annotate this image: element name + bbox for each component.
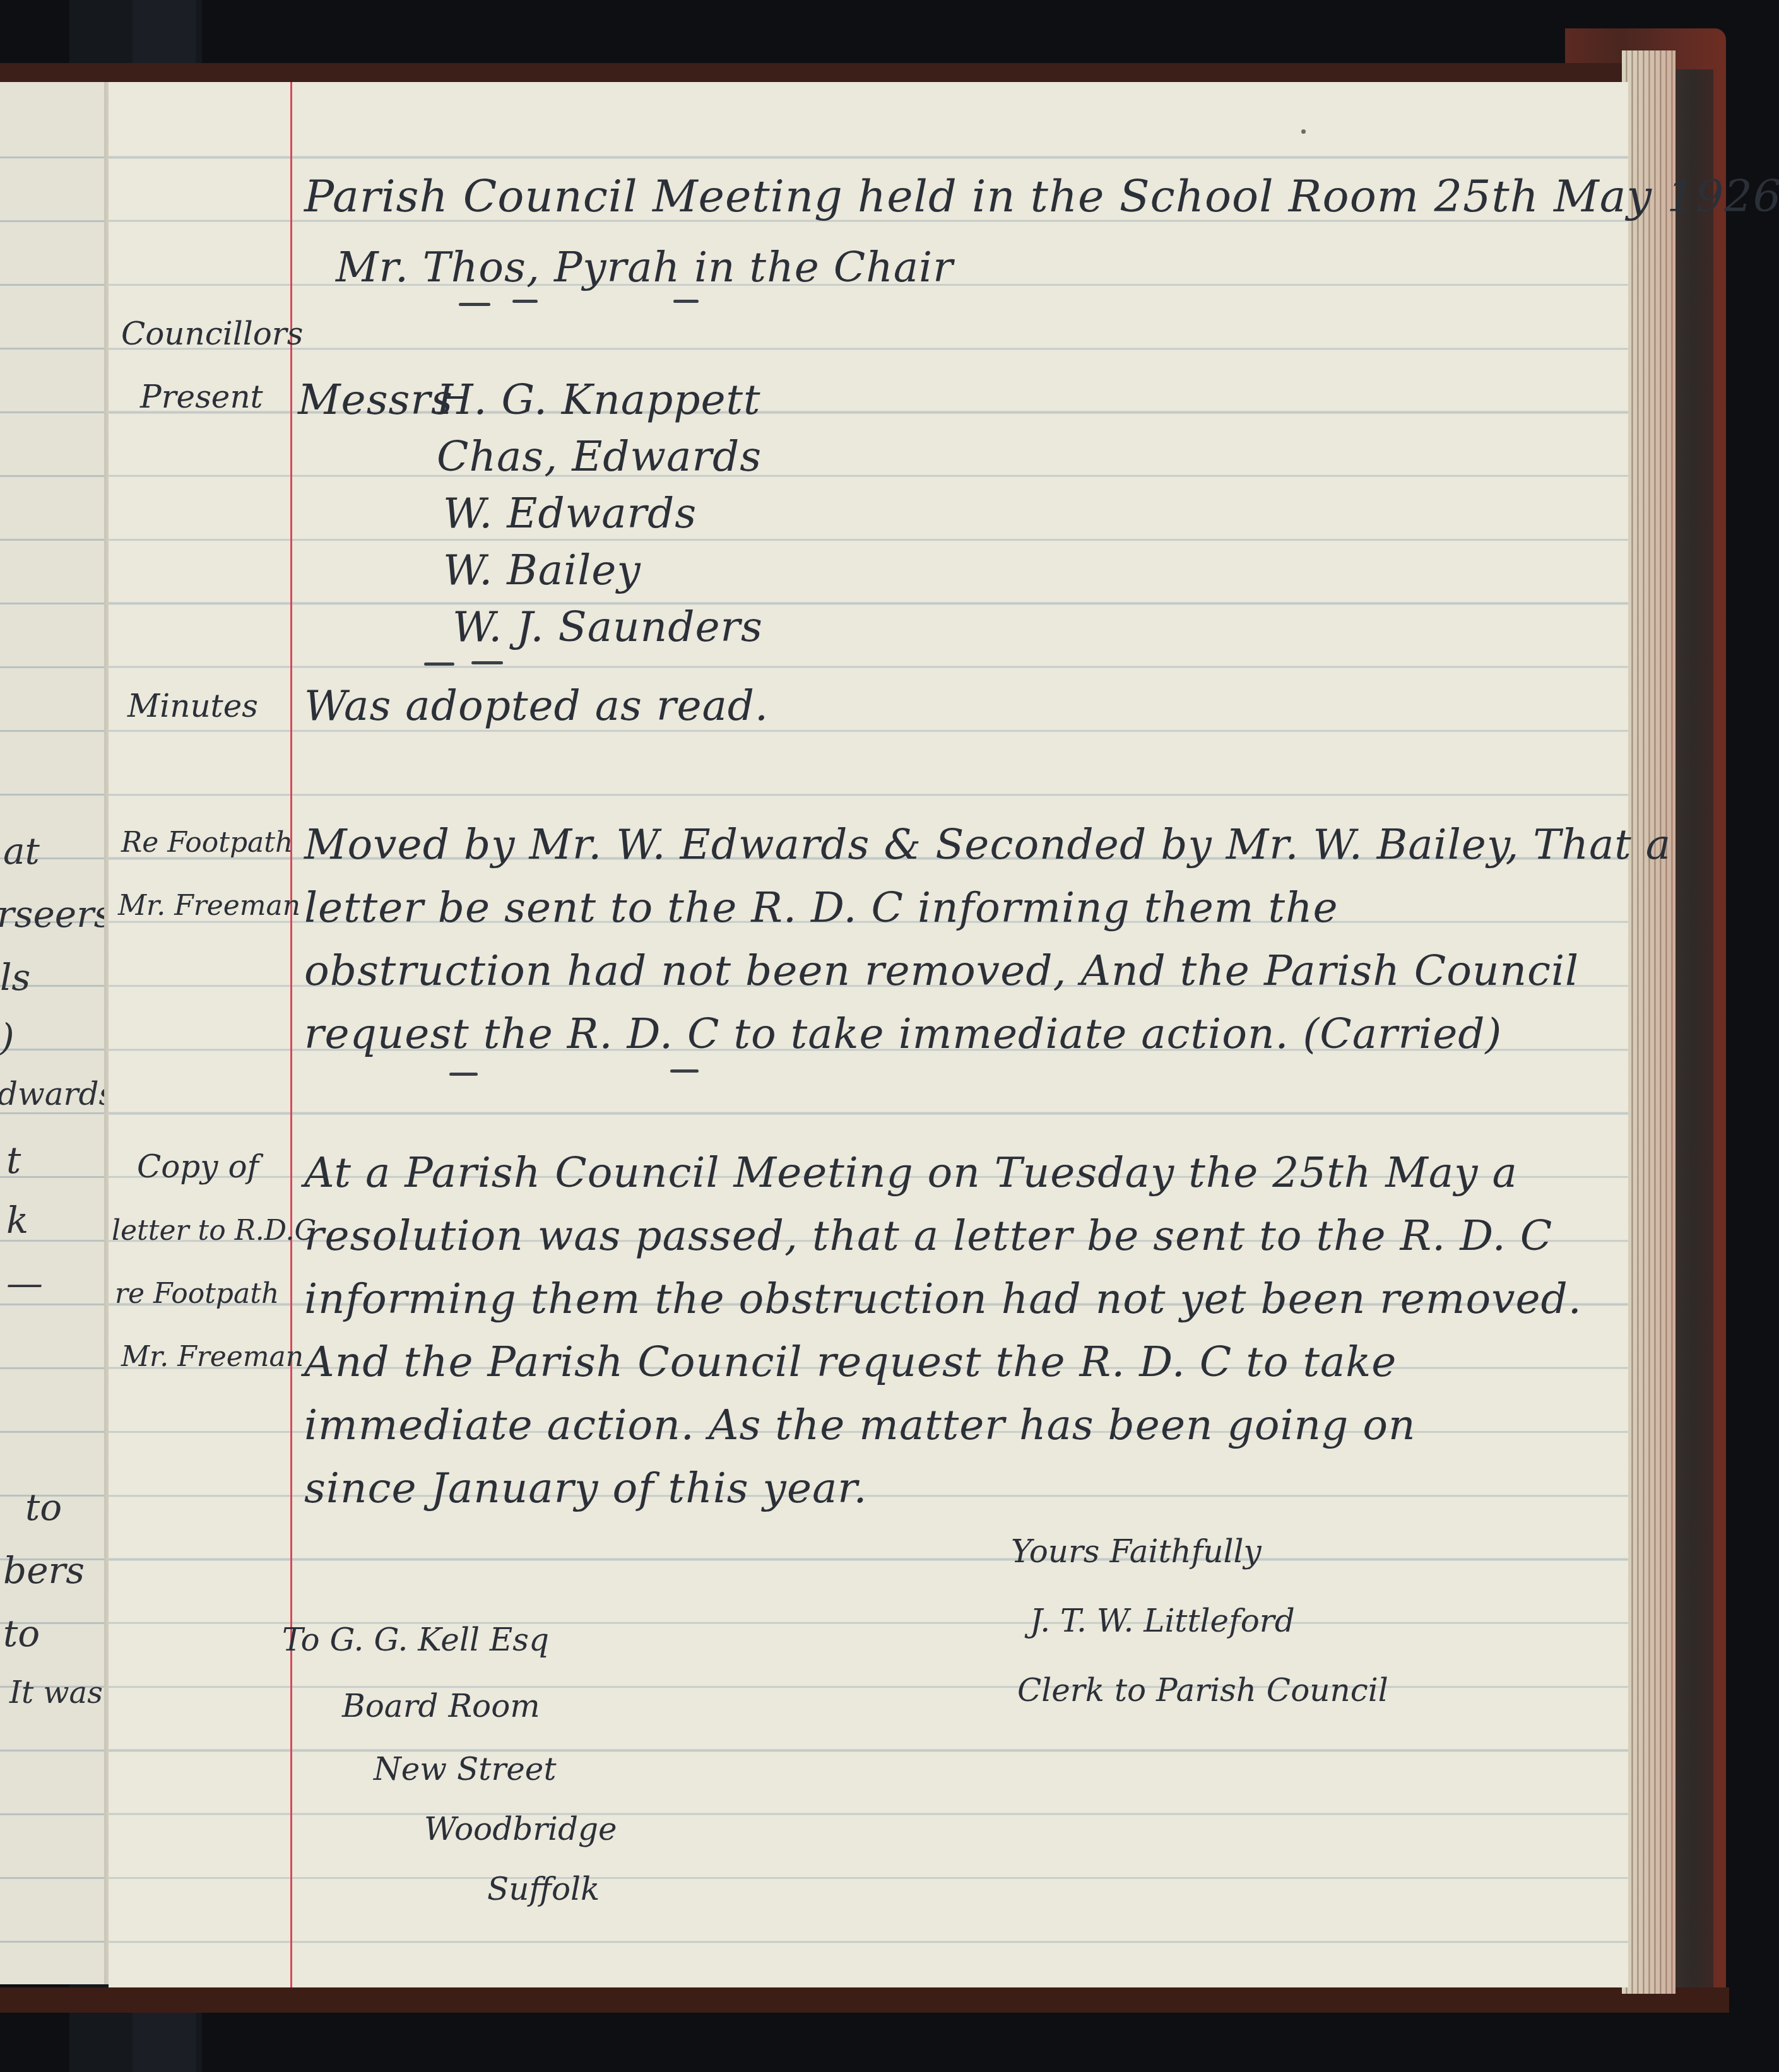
margin-label-re-footpath: Re Footpath [121,827,293,859]
margin-label-re-footpath: re Footpath [115,1278,279,1310]
left-fragment: rseers [0,893,113,936]
letter-line: immediate action. As the matter has been… [304,1401,1416,1449]
resolution-line: obstruction had not been removed, And th… [304,946,1579,995]
letter-line: At a Parish Council Meeting on Tuesday t… [304,1148,1518,1197]
left-fragment: at [3,830,40,873]
member-name: W. J. Saunders [452,603,763,651]
member-name: H. G. Knappett [437,375,761,424]
cover-bottom-edge [0,1987,1729,2013]
left-fragment: ls [0,956,30,999]
underline-mark [670,1069,699,1073]
margin-label-councillors: Councillors [121,315,303,352]
letter-line: And the Parish Council request the R. D.… [304,1338,1397,1386]
left-facing-page: at rseers ls ) dwards t k — to bers to I… [0,82,109,1984]
margin-label-copy-of: Copy of [137,1148,259,1185]
signatory-title: Clerk to Parish Council [1017,1672,1388,1709]
letter-line: resolution was passed, that a letter be … [304,1211,1552,1260]
signatory-name: J. T. W. Littleford [1030,1603,1295,1639]
closing-salutation: Yours Faithfully [1011,1533,1262,1570]
margin-rule [290,82,292,1987]
left-fragment: bers [3,1549,85,1592]
underline-mark [459,303,490,306]
letter-line: informing them the obstruction had not y… [304,1274,1582,1323]
margin-label-present: Present [140,379,263,415]
minutes-text: Was adopted as read. [304,681,769,730]
member-name: W. Edwards [443,489,697,538]
underline-mark [424,662,454,666]
address-line: New Street [374,1751,557,1787]
messrs-prefix: Messrs [298,375,453,424]
member-name: W. Bailey [443,546,641,594]
chair-line: Mr. Thos, Pyrah in the Chair [336,243,954,291]
underline-mark [471,661,503,664]
left-fragment: k [6,1199,28,1242]
underline-mark [512,300,538,303]
paper-speck [1301,129,1306,134]
address-line: Suffolk [487,1871,600,1907]
left-fragment: to [3,1612,40,1655]
underline-mark [449,1073,478,1076]
letter-line: since January of this year. [304,1464,868,1512]
address-line: To G. G. Kell Esq [282,1622,549,1658]
margin-label-mr-freeman: Mr. Freeman [121,1341,304,1373]
margin-label-mr-freeman: Mr. Freeman [118,890,300,922]
margin-label-letter-to-rdc: letter to R.D.C [112,1215,316,1247]
left-fragment: It was [9,1675,103,1710]
minute-book-page: Parish Council Meeting held in the Schoo… [109,82,1628,1987]
cover-spine [1669,69,1713,1987]
address-line: Woodbridge [424,1811,617,1847]
underline-mark [673,300,699,303]
margin-label-minutes: Minutes [127,688,258,724]
member-name: Chas, Edwards [437,432,762,481]
left-fragment: to [25,1486,62,1529]
left-fragment: dwards [0,1076,115,1112]
resolution-line: Moved by Mr. W. Edwards & Seconded by Mr… [304,820,1671,869]
address-line: Board Room [342,1688,540,1724]
left-fragment: — [6,1262,43,1305]
page-edges-stack [1622,50,1676,1994]
meeting-title: Parish Council Meeting held in the Schoo… [304,170,1779,222]
resolution-line: letter be sent to the R. D. C informing … [304,883,1338,932]
left-fragment: t [6,1139,21,1182]
left-fragment: ) [0,1016,15,1059]
resolution-line: request the R. D. C to take immediate ac… [304,1010,1502,1058]
